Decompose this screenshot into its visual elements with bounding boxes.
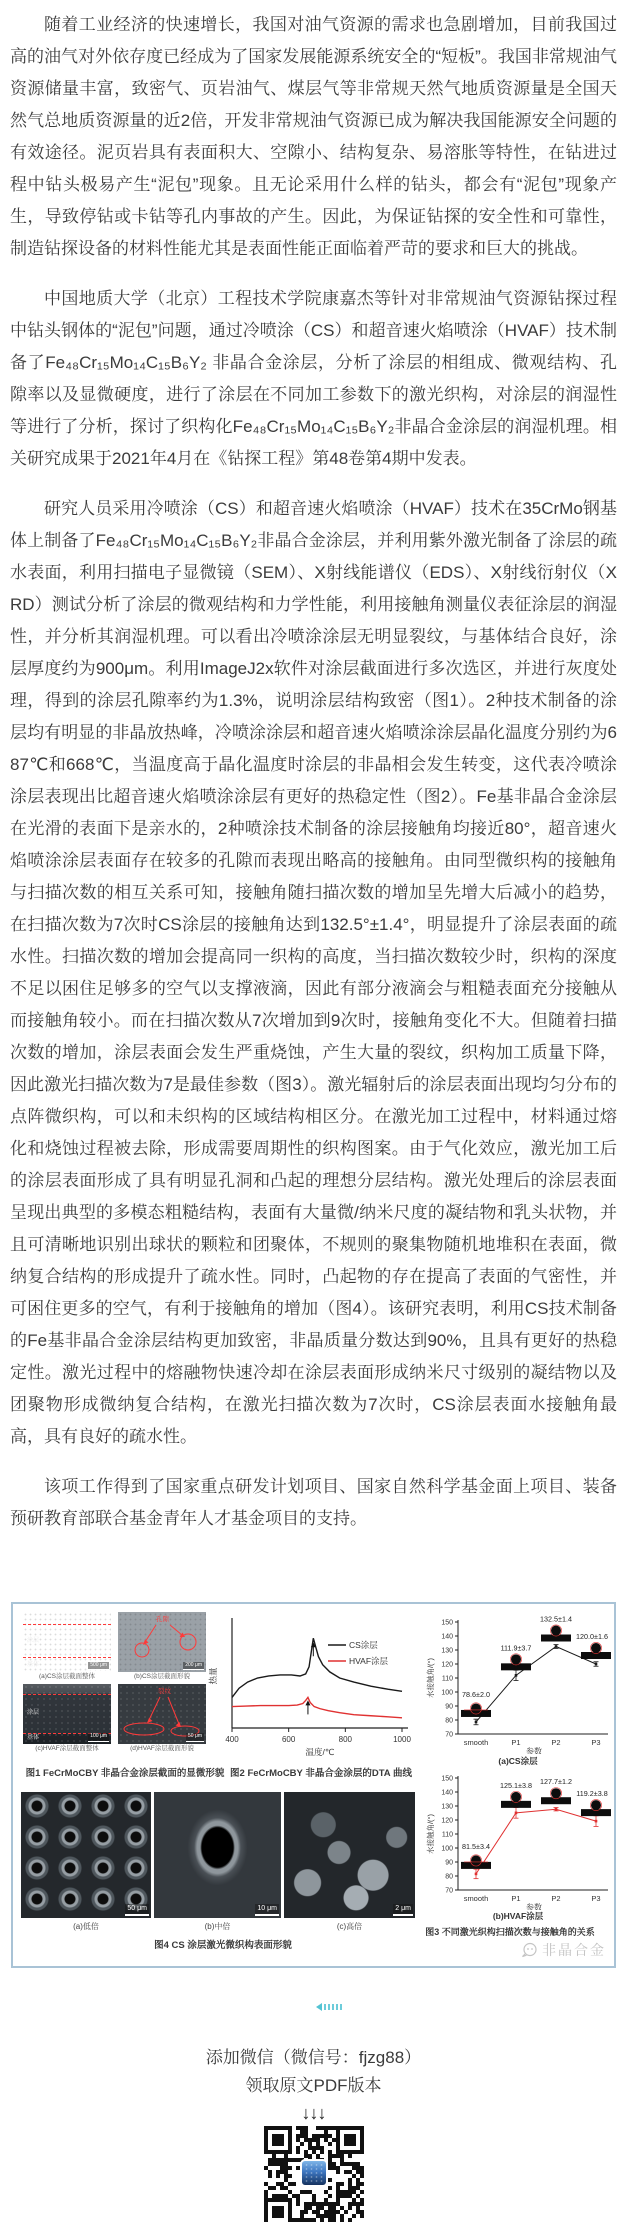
svg-text:600: 600 (282, 1735, 296, 1744)
figure3b-subcaption: (b)HVAF涂层 (424, 1910, 612, 1922)
svg-text:80: 80 (445, 1718, 453, 1725)
svg-text:140: 140 (441, 1634, 453, 1641)
paragraph-funding: 该项工作得到了国家重点研发计划项目、国家自然科学基金面上项目、装备预研教育部联合… (10, 1471, 617, 1535)
svg-text:90: 90 (445, 1860, 453, 1867)
svg-text:100: 100 (441, 1846, 453, 1853)
sem-image-hvaf-surface-cracks: 裂纹 50 μm (118, 1684, 206, 1744)
dta-chart: 4006008001000温度/℃热量CS涂层HVAF涂层 (206, 1612, 426, 1764)
svg-text:119.2±3.8: 119.2±3.8 (576, 1789, 607, 1798)
svg-text:smooth: smooth (464, 1738, 489, 1747)
svg-text:P3: P3 (591, 1738, 600, 1747)
svg-text:70: 70 (445, 1888, 453, 1895)
svg-text:1000: 1000 (393, 1735, 411, 1744)
substrate-label: 基体 (27, 1735, 39, 1741)
coating-label: 涂层 (27, 1710, 39, 1716)
svg-text:水接触角/(°): 水接触角/(°) (425, 1657, 435, 1698)
divider-icon (316, 2002, 346, 2011)
contact-angle-chart-hvaf: 708090100110120130140150smoothP1P2P3参数水接… (424, 1770, 612, 1910)
footer: 添加微信（微信号：fjzg88） 领取原文PDF版本 ↓↓↓ (0, 2011, 627, 2222)
watermark: 非晶合金 (520, 1940, 606, 1960)
svg-text:参数: 参数 (526, 1746, 542, 1754)
svg-text:P3: P3 (591, 1894, 600, 1903)
svg-text:111.9±3.7: 111.9±3.7 (501, 1643, 532, 1652)
svg-text:80: 80 (445, 1874, 453, 1881)
scale-bar: 100 μm (88, 1733, 109, 1742)
svg-text:温度/℃: 温度/℃ (306, 1747, 335, 1757)
speech-bubble-logo-icon (520, 1941, 538, 1959)
figure1-caption: 图1 FeCrMoCBY 非晶合金涂层截面的显微形貌 (13, 1768, 237, 1780)
paragraph-research-group: 中国地质大学（北京）工程技术学院康嘉杰等针对非常规油气资源钻探过程中钻头钢体的“… (10, 283, 617, 475)
figure-block: 涂层 基体 500 μm (a)CS涂层截面整体 孔隙 (11, 1602, 616, 1968)
svg-text:130: 130 (441, 1804, 453, 1811)
scale-bar: 50 μm (186, 1733, 204, 1742)
svg-text:130: 130 (441, 1648, 453, 1655)
cracks-label: 裂纹 (158, 1689, 171, 1696)
pores-label: 孔隙 (156, 1617, 169, 1624)
watermark-text: 非晶合金 (542, 1940, 606, 1960)
interface-dashed-line (23, 1624, 111, 1625)
sem-image-hvaf-cross-section: 涂层 基体 100 μm (23, 1684, 111, 1744)
svg-text:800: 800 (339, 1735, 353, 1744)
svg-text:120.0±1.6: 120.0±1.6 (576, 1632, 608, 1641)
sem-image-cs-cross-section: 涂层 基体 500 μm (23, 1612, 111, 1672)
down-arrows: ↓↓↓ (0, 2100, 627, 2126)
figure4-sem-row: 50 μm (a)低倍 10 μm (b)中倍 2 μm (c)高倍 (21, 1792, 429, 1932)
sem-image-medium-magnification: 10 μm (154, 1792, 281, 1918)
figure2-caption: 图2 FeCrMoCBY 非晶合金涂层的DTA 曲线 (219, 1768, 423, 1780)
svg-text:90: 90 (445, 1704, 453, 1711)
svg-text:热量: 热量 (208, 1667, 218, 1685)
svg-text:smooth: smooth (464, 1894, 489, 1903)
svg-text:125.1±3.8: 125.1±3.8 (500, 1781, 532, 1790)
svg-text:P1: P1 (511, 1894, 520, 1903)
svg-text:127.7±1.2: 127.7±1.2 (540, 1777, 572, 1786)
svg-text:140: 140 (441, 1790, 453, 1797)
figure1-sem-grid: 涂层 基体 500 μm (a)CS涂层截面整体 孔隙 (23, 1612, 206, 1753)
svg-text:120: 120 (441, 1662, 453, 1669)
sem-subcaption: (b)CS涂层截面形貌 (118, 1673, 206, 1681)
sem-subcaption: (c)高倍 (284, 1921, 415, 1932)
article-body: 随着工业经济的快速增长，我国对油气资源的需求也急剧增加，目前我国过高的油气对外依… (0, 0, 627, 1592)
sem-image-cs-surface-pores: 孔隙 200 μm (118, 1612, 206, 1672)
left-triangle-icon (316, 2003, 322, 2011)
sem-subcaption: (b)中倍 (154, 1921, 281, 1932)
svg-text:400: 400 (225, 1735, 239, 1744)
interface-dashed-line (23, 1694, 111, 1695)
figure3-caption: 图3 不同激光织构扫描次数与接触角的关系 (404, 1927, 616, 1939)
svg-text:110: 110 (442, 1676, 453, 1683)
article-page: 随着工业经济的快速增长，我国对油气资源的需求也急剧增加，目前我国过高的油气对外依… (0, 0, 627, 2222)
sem-subcaption: (d)HVAF涂层截面形貌 (118, 1745, 206, 1753)
figure4-caption: 图4 CS 涂层激光微织构表面形貌 (21, 1940, 425, 1952)
svg-text:100: 100 (441, 1690, 453, 1697)
svg-text:CS涂层: CS涂层 (349, 1640, 378, 1650)
svg-text:81.5±3.4: 81.5±3.4 (462, 1842, 490, 1851)
figure3a-subcaption: (a)CS涂层 (424, 1755, 612, 1767)
sem-subcaption: (c)HVAF涂层截面整体 (23, 1745, 111, 1753)
svg-text:HVAF涂层: HVAF涂层 (349, 1656, 389, 1666)
paragraph-results: 研究人员采用冷喷涂（CS）和超音速火焰喷涂（HVAF）技术在35CrMo钢基体上… (10, 493, 617, 1453)
svg-text:78.6±2.0: 78.6±2.0 (462, 1690, 490, 1699)
svg-text:110: 110 (442, 1832, 453, 1839)
wechat-contact-line: 添加微信（微信号：fjzg88） (0, 2011, 627, 2072)
svg-text:P2: P2 (551, 1738, 560, 1747)
coating-label: 涂层 (27, 1638, 39, 1644)
svg-text:150: 150 (441, 1776, 453, 1783)
scale-bar: 50 μm (125, 1904, 149, 1916)
contact-angle-chart-cs: 708090100110120130140150smoothP1P2P3参数水接… (424, 1614, 612, 1754)
sem-subcaption: (a)CS涂层截面整体 (23, 1673, 111, 1681)
svg-text:150: 150 (441, 1620, 453, 1627)
qr-center-logo (300, 2159, 328, 2187)
interface-dashed-line (23, 1657, 111, 1658)
paragraph-intro: 随着工业经济的快速增长，我国对油气资源的需求也急剧增加，目前我国过高的油气对外依… (10, 9, 617, 265)
substrate-label: 基体 (27, 1662, 39, 1668)
svg-text:120: 120 (441, 1818, 453, 1825)
svg-text:132.5±1.4: 132.5±1.4 (540, 1615, 572, 1624)
svg-text:P1: P1 (511, 1738, 520, 1747)
svg-text:参数: 参数 (526, 1902, 542, 1910)
scale-bar: 10 μm (255, 1904, 279, 1916)
scale-bar: 500 μm (88, 1662, 109, 1671)
sem-image-low-magnification: 50 μm (21, 1792, 151, 1918)
scale-bar: 200 μm (183, 1662, 204, 1671)
sem-subcaption: (a)低倍 (21, 1921, 151, 1932)
svg-text:70: 70 (445, 1732, 453, 1739)
scale-bar: 2 μm (393, 1904, 413, 1916)
svg-text:P2: P2 (551, 1894, 560, 1903)
sem-image-high-magnification: 2 μm (284, 1792, 415, 1918)
pdf-offer-line: 领取原文PDF版本 (0, 2072, 627, 2100)
qr-code (264, 2126, 364, 2222)
